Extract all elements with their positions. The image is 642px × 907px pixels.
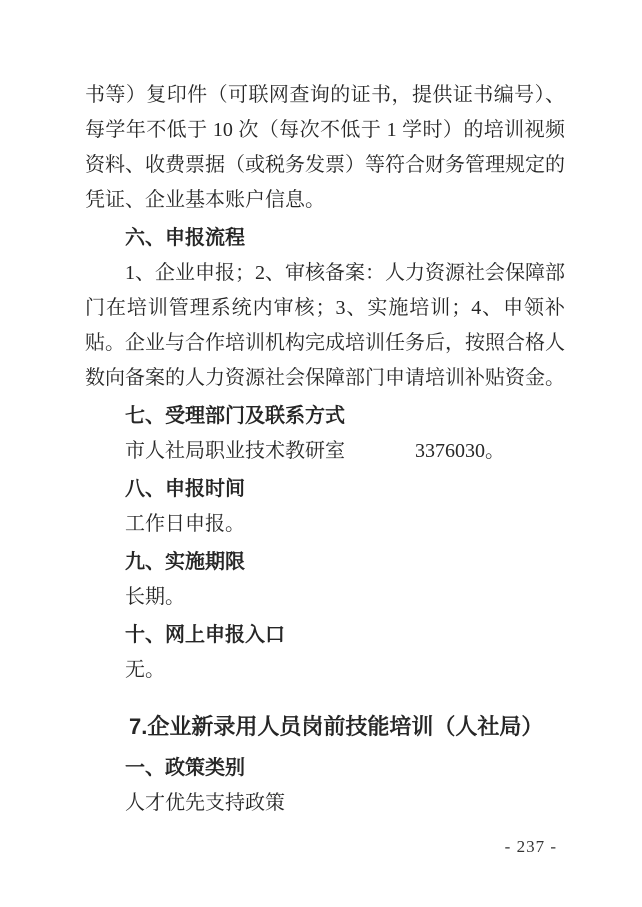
heading-section-10-online-entry: 十、网上申报入口 [85, 618, 565, 653]
paragraph-application-time: 工作日申报。 [85, 507, 565, 542]
page-number: - 237 - [505, 836, 557, 858]
paragraph-continuation: 书等）复印件（可联网查询的证书，提供证书编号）、每学年不低于 10 次（每次不低… [85, 78, 565, 218]
paragraph-application-process: 1、企业申报；2、审核备案：人力资源社会保障部门在培训管理系统内审核；3、实施培… [85, 256, 565, 396]
paragraph-policy-category: 人才优先支持政策 [85, 786, 565, 821]
contact-line: 市人社局职业技术教研室3376030。 [85, 434, 565, 469]
phone-number: 3376030。 [375, 434, 505, 469]
next-policy-title: 7.企业新录用人员岗前技能培训（人社局） [85, 706, 565, 748]
heading-section-8-application-time: 八、申报时间 [85, 472, 565, 507]
heading-section-7-accepting-department: 七、受理部门及联系方式 [85, 399, 565, 434]
document-page: 书等）复印件（可联网查询的证书，提供证书编号）、每学年不低于 10 次（每次不低… [0, 0, 642, 907]
heading-section-9-implementation-period: 九、实施期限 [85, 545, 565, 580]
paragraph-implementation-period: 长期。 [85, 580, 565, 615]
heading-section-6-application-process: 六、申报流程 [85, 221, 565, 256]
heading-policy-category: 一、政策类别 [85, 751, 565, 786]
office-name: 市人社局职业技术教研室 [125, 440, 345, 462]
paragraph-online-entry: 无。 [85, 653, 565, 688]
